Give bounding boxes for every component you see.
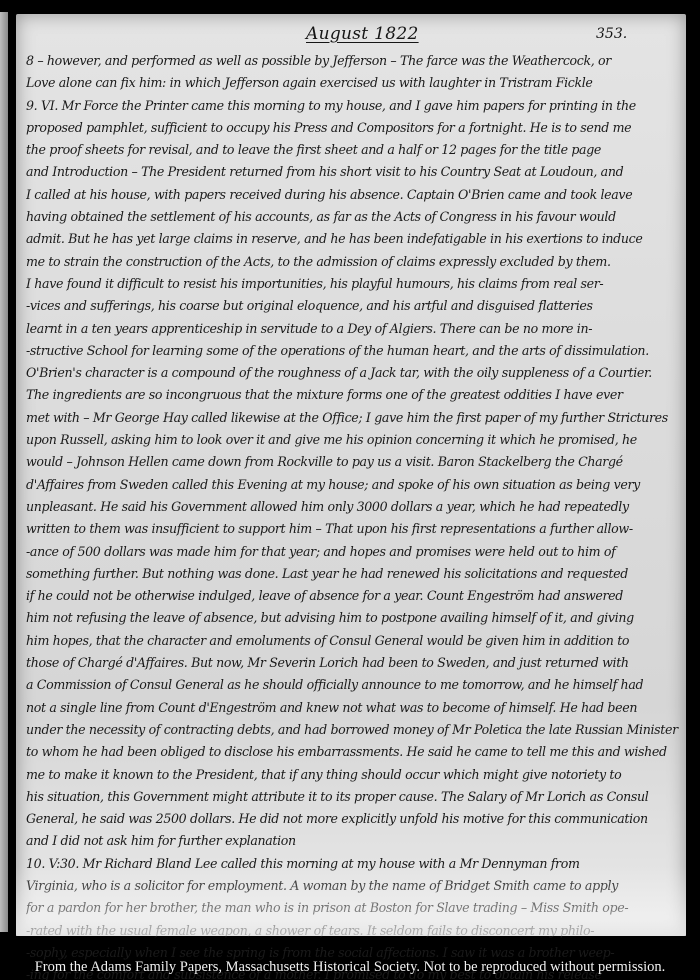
- manuscript-line: -ance of 500 dollars was made him for th…: [26, 541, 682, 563]
- manuscript-line: me to strain the construction of the Act…: [26, 251, 682, 273]
- manuscript-line: -rated with the usual female weapon, a s…: [26, 920, 682, 942]
- manuscript-line: his situation, this Government might att…: [26, 786, 682, 808]
- manuscript-line: and I did not ask him for further explan…: [26, 830, 682, 852]
- manuscript-line: if he could not be otherwise indulged, l…: [26, 585, 682, 607]
- manuscript-line: admit. But he has yet large claims in re…: [26, 228, 682, 250]
- manuscript-line: Love alone can fix him: in which Jeffers…: [26, 72, 682, 94]
- manuscript-line: unpleasant. He said his Government allow…: [26, 496, 682, 518]
- manuscript-line: for a pardon for her brother, the man wh…: [26, 897, 682, 919]
- manuscript-line: 10. V:30. Mr Richard Bland Lee called th…: [26, 853, 682, 875]
- page-header: August 1822 353.: [16, 24, 686, 52]
- manuscript-line: having obtained the settlement of his ac…: [26, 206, 682, 228]
- manuscript-line: and Introduction – The President returne…: [26, 161, 682, 183]
- manuscript-line: proposed pamphlet, sufficient to occupy …: [26, 117, 682, 139]
- manuscript-line: 8 – however, and performed as well as po…: [26, 50, 682, 72]
- manuscript-line: would – Johnson Hellen came down from Ro…: [26, 451, 682, 473]
- manuscript-line: to whom he had been obliged to disclose …: [26, 741, 682, 763]
- manuscript-line: I called at his house, with papers recei…: [26, 184, 682, 206]
- manuscript-line: a Commission of Consul General as he sho…: [26, 674, 682, 696]
- manuscript-page: August 1822 353. 8 – however, and perfor…: [16, 14, 686, 936]
- manuscript-line: written to them was insufficient to supp…: [26, 518, 682, 540]
- manuscript-line: Virginia, who is a solicitor for employm…: [26, 875, 682, 897]
- manuscript-line: upon Russell, asking him to look over it…: [26, 429, 682, 451]
- manuscript-line: those of Chargé d'Affaires. But now, Mr …: [26, 652, 682, 674]
- manuscript-line: O'Brien's character is a compound of the…: [26, 362, 682, 384]
- page-number: 353.: [596, 26, 627, 42]
- manuscript-line: The ingredients are so incongruous that …: [26, 384, 682, 406]
- manuscript-line: met with – Mr George Hay called likewise…: [26, 407, 682, 429]
- manuscript-line: -vices and sufferings, his coarse but or…: [26, 295, 682, 317]
- manuscript-line: I have found it difficult to resist his …: [26, 273, 682, 295]
- manuscript-line: 9. VI. Mr Force the Printer came this mo…: [26, 95, 682, 117]
- manuscript-line: not a single line from Count d'Engeström…: [26, 697, 682, 719]
- manuscript-line: General, he said was 2500 dollars. He di…: [26, 808, 682, 830]
- manuscript-line: him hopes, that the character and emolum…: [26, 630, 682, 652]
- manuscript-line: something further. But nothing was done.…: [26, 563, 682, 585]
- manuscript-line: under the necessity of contracting debts…: [26, 719, 682, 741]
- manuscript-line: me to make it known to the President, th…: [26, 764, 682, 786]
- manuscript-text: 8 – however, and performed as well as po…: [26, 50, 682, 980]
- adjacent-page-edge: [0, 12, 8, 932]
- manuscript-line: him not refusing the leave of absence, b…: [26, 607, 682, 629]
- manuscript-line: -structive School for learning some of t…: [26, 340, 682, 362]
- copyright-caption: From the Adams Family Papers, Massachuse…: [0, 959, 700, 976]
- manuscript-line: d'Affaires from Sweden called this Eveni…: [26, 474, 682, 496]
- manuscript-line: the proof sheets for revisal, and to lea…: [26, 139, 682, 161]
- page-date-heading: August 1822: [306, 24, 419, 44]
- manuscript-line: learnt in a ten years apprenticeship in …: [26, 318, 682, 340]
